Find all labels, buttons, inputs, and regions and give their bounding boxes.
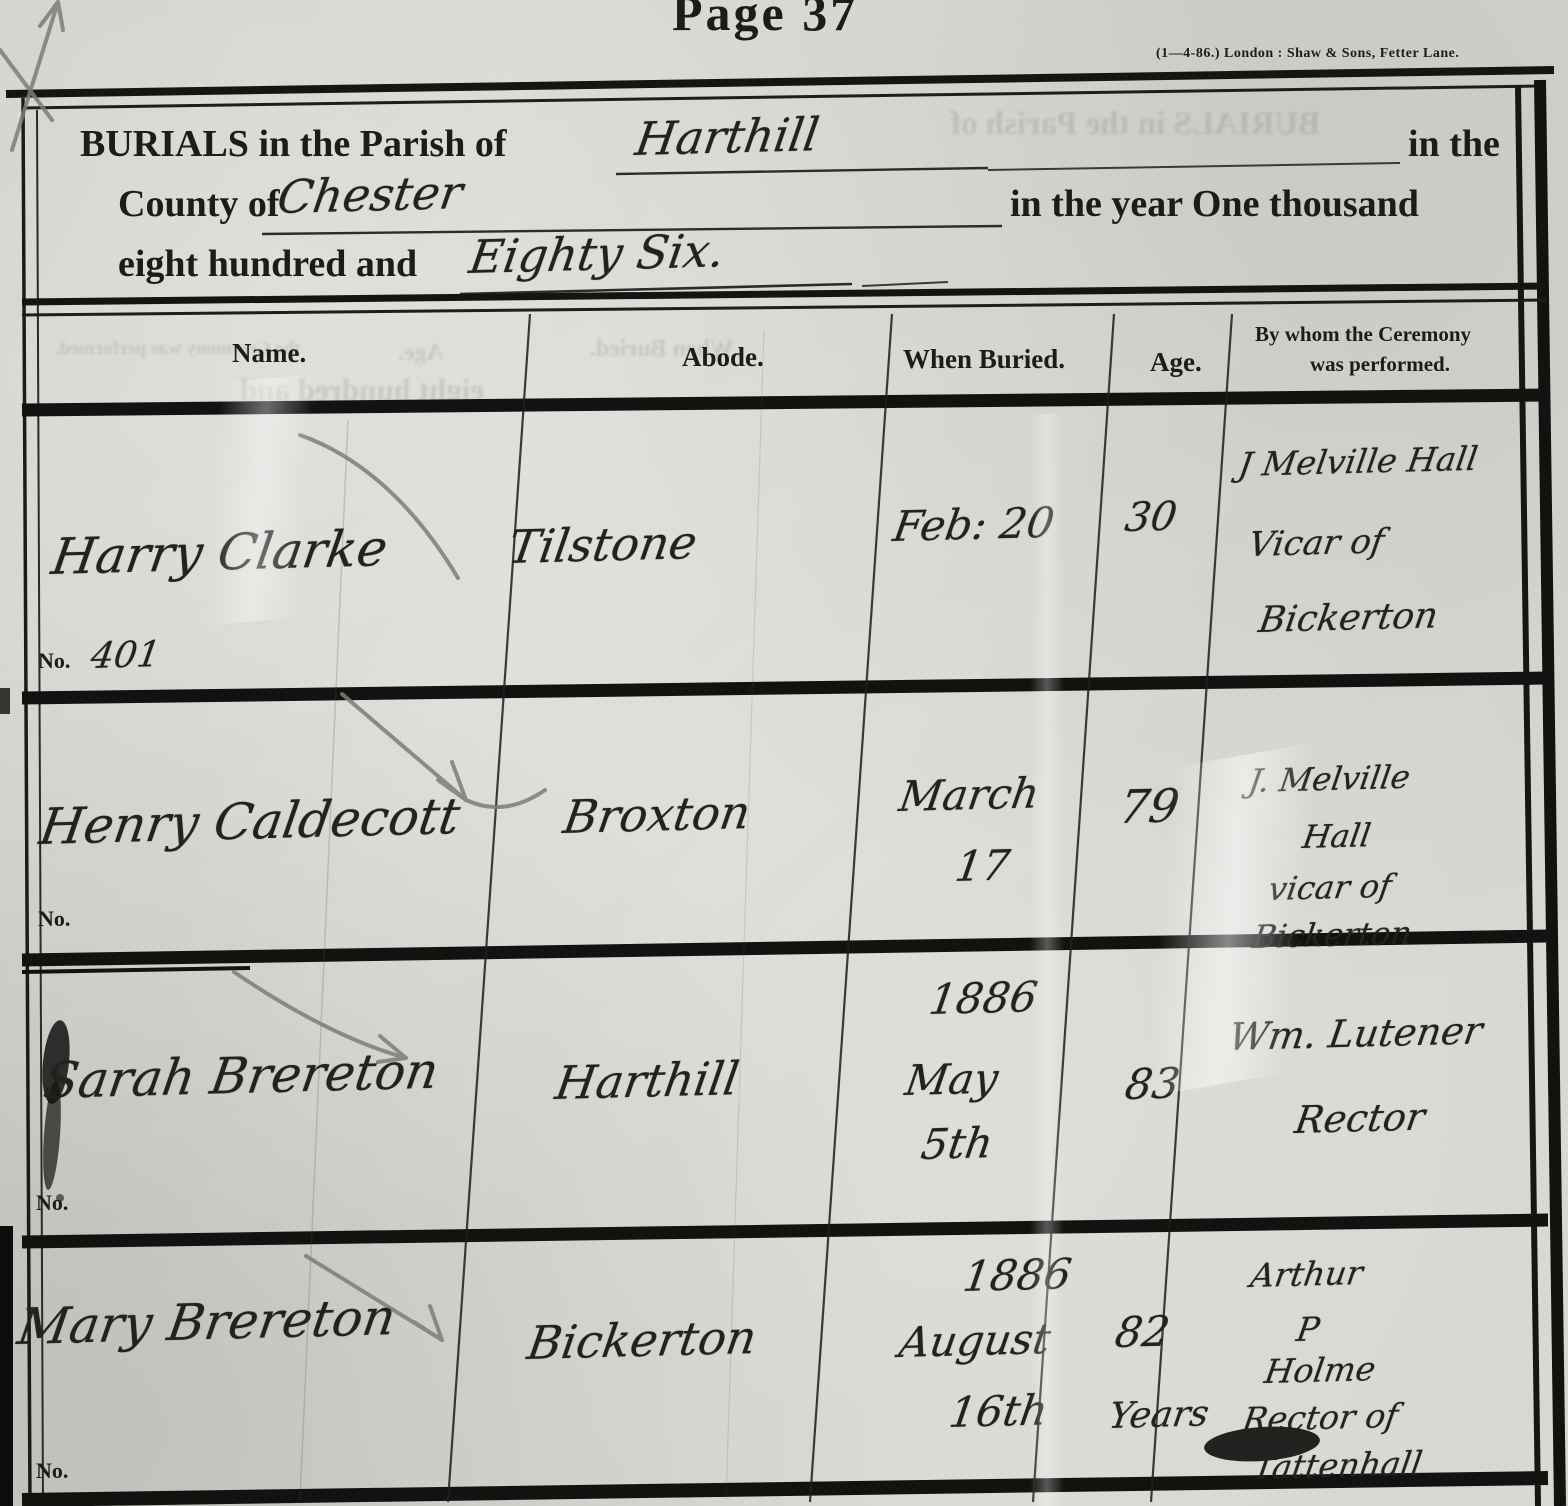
burial-minister-line: Rector of [1240,1396,1401,1439]
burial-when-buried: August [896,1314,1054,1367]
column-header-name: Name. [232,338,306,369]
burial-age: 30 [1122,494,1180,541]
burial-name: Sarah Brereton [40,1042,442,1110]
burial-age: 79 [1116,778,1183,834]
burial-abode: Bickerton [524,1310,760,1370]
burial-age: Years [1106,1393,1212,1437]
burial-minister-line: Bickerton [1250,914,1414,956]
burial-minister-line: Tattenhall [1250,1444,1425,1487]
page-number-label: Page 37 [672,0,858,42]
column-header-abode: Abode. [682,342,764,373]
burial-minister-line: Rector [1292,1095,1428,1142]
burial-abode: Tilstone [505,515,701,574]
burial-when-buried: 1886 [926,972,1041,1024]
burial-minister-line: Holme [1262,1349,1378,1391]
entry-number-value: 401 [88,634,163,677]
burial-when-buried: May [902,1054,1002,1105]
burial-minister-line: Bickerton [1256,595,1441,641]
burial-minister-line: J. Melville [1246,758,1413,800]
burial-when-buried: 5th [918,1118,996,1169]
title-line1-print: BURIALS in the Parish of [80,122,507,166]
burial-when-buried: 1886 [960,1249,1075,1301]
county-name-handwritten: Chester [274,165,466,224]
title-line2-print: County of [118,182,280,226]
burial-minister-line: Arthur [1248,1253,1365,1295]
burial-name: Mary Brereton [14,1288,399,1356]
burial-minister-line: P [1294,1309,1322,1349]
burial-when-buried: 17 [952,841,1013,891]
column-header-ceremony-line2: was performed. [1310,352,1450,377]
burial-age: 82 [1112,1307,1173,1357]
entry-number-label: No. [38,906,70,932]
burial-when-buried: 16th [946,1385,1051,1437]
burial-name: Harry Clarke [48,519,391,586]
burial-minister-line: J Melville Hall [1236,439,1480,484]
burial-minister-line: Wm. Lutener [1226,1008,1486,1059]
column-header-age: Age. [1150,347,1202,378]
title-line1-end: in the [1408,122,1500,166]
entry-number-label: No. [36,1190,68,1216]
entry-number-label: No. [38,648,70,674]
column-header-ceremony-line1: By whom the Ceremony [1255,322,1471,347]
burial-minister-line: Hall [1300,816,1373,856]
burial-register-page: BURIALS in the Parish of eight hundred a… [0,0,1568,1506]
burial-age: 83 [1122,1059,1183,1109]
title-line2-end: in the year One thousand [1010,182,1419,226]
title-line3-print: eight hundred and [118,242,417,286]
burial-abode: Broxton [560,785,754,844]
burial-minister-line: Vicar of [1246,521,1387,565]
column-header-when-buried: When Buried. [903,344,1065,375]
burial-when-buried: Feb: 20 [890,498,1058,551]
text-layer: Page 37 (1—4-86.) London : Shaw & Sons, … [0,0,1568,1506]
burial-abode: Harthill [552,1051,743,1110]
burial-minister-line: vicar of [1266,867,1394,908]
burial-when-buried: March [896,768,1043,821]
year-handwritten: Eighty Six. [466,223,728,284]
printer-imprint: (1—4-86.) London : Shaw & Sons, Fetter L… [1156,46,1459,62]
burial-name: Henry Caldecott [36,787,464,856]
entry-number-label: No. [36,1458,68,1484]
parish-name-handwritten: Harthill [632,107,823,166]
